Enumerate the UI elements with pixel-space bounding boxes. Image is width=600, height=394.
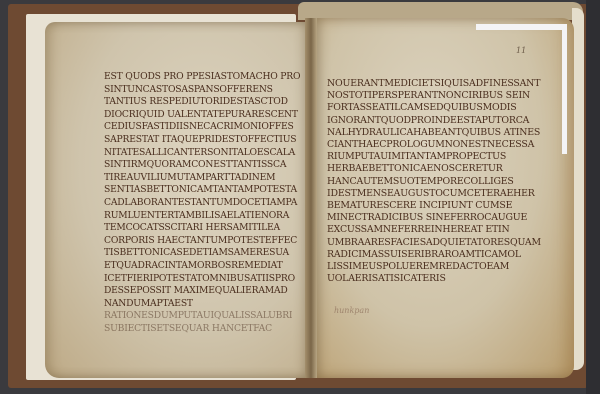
text-line: DIOCRIQUID UALENTATEPURARESCENT <box>104 109 302 122</box>
text-line: BEMATURESCERE INCIPIUNT CUMSE <box>327 200 547 212</box>
text-line: SAPRESTAT ITAQUEPRIDESTOFFECTIUS <box>104 134 302 147</box>
paper-tab <box>476 24 566 30</box>
text-line: TISBETTONICASEDETIAMSAMERESUA <box>104 247 302 260</box>
text-line: LISSIMEUSPOLUEREMREDACTOEAM <box>327 261 547 273</box>
text-line: FORTASSEATILCAMSEDQUIBUSMODIS <box>327 102 547 114</box>
marginal-note: hunkpan <box>334 306 369 315</box>
text-line: DESSEPOSSIT MAXIMEQUALIERAMAD <box>104 285 302 298</box>
left-page-text: EST QUODS PRO PPESIASTOMACHO PRO SINTUNC… <box>104 71 302 335</box>
text-line: SUBIECTISETSEQUAR HANCETFAC <box>104 323 302 336</box>
text-line: TEMCOCATSSCITARI HERSAMITILEA <box>104 222 302 235</box>
text-line: ICETFIERIPOTESTATOMNIBUSATIISPRO <box>104 273 302 286</box>
text-line: RATIONESDUMPUTAUIQUALISSALUBRI <box>104 310 302 323</box>
text-line: CIANTHAECPROLOGUMNONESTNECESSA <box>327 139 547 151</box>
text-line: TANTIUS RESPEDIUTORIDESTASCTOD <box>104 96 302 109</box>
text-line: UMBRAARESFACIESADQUIETATORESQUAM <box>327 237 547 249</box>
text-line: HANCAUTEMSUOTEMPORECOLLIGES <box>327 176 547 188</box>
text-line: EST QUODS PRO PPESIASTOMACHO PRO <box>104 71 302 84</box>
text-line: SENTIASBETTONICAMTANTAMPOTESTA <box>104 184 302 197</box>
text-line: SINTUNCASTOSASPANSOFFERENS <box>104 84 302 97</box>
text-line: CORPORIS HAECTANTUMPOTESTEFFEC <box>104 235 302 248</box>
text-line: RIUMPUTAUIMITANTAMPROPECTUS <box>327 151 547 163</box>
text-line: MINECTRADICIBUS SINEFERROCAUGUE <box>327 212 547 224</box>
text-line: CADLABORANTESTANTUMDOCETIAMPA <box>104 197 302 210</box>
text-line: CEDIUSFASTIDIISNECACRIMONIOFFES <box>104 121 302 134</box>
text-line: ETQUADRACINTAMORBOSREMEDIAT <box>104 260 302 273</box>
text-line: EXCUSSAMNEFERREINHEREAT ETIN <box>327 224 547 236</box>
book-gutter <box>305 18 317 378</box>
text-line: NANDUMAPTAEST <box>104 298 302 311</box>
text-line: SINTIRMQUORAMCONESTTANTISSCA <box>104 159 302 172</box>
text-line: NALHYDRAULICAHABEANTQUIBUS ATINES <box>327 127 547 139</box>
paper-tab-edge <box>562 24 567 154</box>
background-edge <box>586 0 600 394</box>
text-line: RADICIMASSUISERIBRAROAMTICAMOL <box>327 249 547 261</box>
text-line: TIREAUVILIUMUTAMPARTTADINEM <box>104 172 302 185</box>
text-line: IGNORANTQUODPROINDEESTAPUTORCA <box>327 115 547 127</box>
text-line: NOUERANTMEDICIETSIQUISADFINESSANT <box>327 78 547 90</box>
text-line: HERBAEBETTONICAENOSCERETUR <box>327 163 547 175</box>
text-line: UOLAERISATISICATERIS <box>327 273 547 285</box>
text-line: NITATESALLICANTERSONITALOESCALA <box>104 147 302 160</box>
text-line: NOSTOTIPERSPERANTNONCIRIBUS SEIN <box>327 90 547 102</box>
right-page-text: NOUERANTMEDICIETSIQUISADFINESSANT NOSTOT… <box>327 78 547 285</box>
text-line: IDESTMENSEAUGUSTOCUMCETERAEHER <box>327 188 547 200</box>
text-line: RUMLUENTERTAMBILISAELATIENORA <box>104 210 302 223</box>
folio-number: 11 <box>516 46 526 55</box>
